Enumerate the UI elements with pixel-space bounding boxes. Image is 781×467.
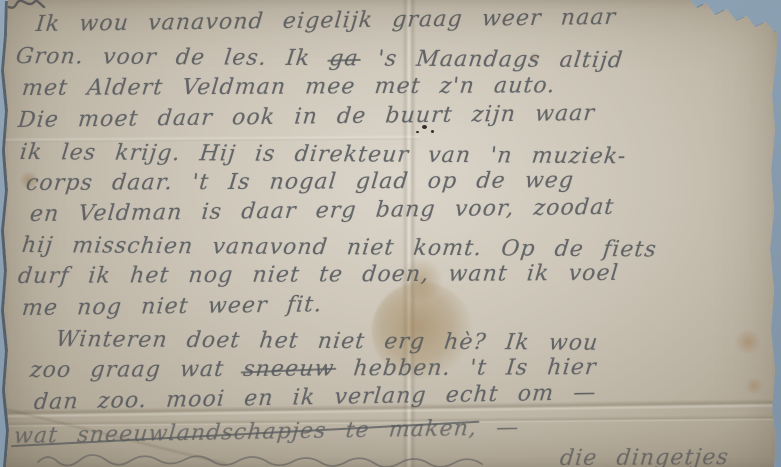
letter-line: Gron. voor de les. Ik ga 's Maandags alt… bbox=[15, 44, 625, 73]
line-text: ik les krijg. Hij is direkteur van 'n mu… bbox=[19, 140, 628, 169]
letter-line-partial: die dingetjes bbox=[559, 445, 730, 467]
struck-word: ga bbox=[328, 46, 360, 71]
line-text: die dingetjes bbox=[559, 445, 730, 467]
line-text: Gron. voor de les. Ik bbox=[15, 44, 331, 71]
ink-speck bbox=[416, 131, 419, 133]
line-text: durf ik het nog niet te doen, want ik vo… bbox=[17, 261, 620, 289]
letter-line: en Veldman is daar erg bang voor, zoodat bbox=[29, 195, 616, 227]
stain bbox=[744, 378, 764, 394]
letter-line: ik les krijg. Hij is direkteur van 'n mu… bbox=[19, 140, 628, 169]
line-text: me nog niet weer fit. bbox=[21, 292, 324, 321]
line-text: Winteren doet het niet erg hè? Ik wou bbox=[55, 327, 600, 356]
line-text: Ik wou vanavond eigelijk graag weer naar bbox=[35, 5, 618, 37]
letter-line: met Aldert Veldman mee met z'n auto. bbox=[21, 73, 557, 101]
struck-word: sneeuw bbox=[242, 356, 336, 381]
line-text: en Veldman is daar erg bang voor, zoodat bbox=[29, 195, 616, 227]
line-text: 's Maandags altijd bbox=[357, 46, 624, 73]
letter-line-crossed-out: wat sneeuwlandschapjes te maken, — bbox=[13, 415, 521, 449]
letter-paper: Ik wou vanavond eigelijk graag weer naar… bbox=[0, 0, 781, 467]
margin-dash: — bbox=[476, 415, 520, 441]
line-text: zoo graag wat bbox=[29, 357, 245, 383]
letter-line: zoo graag wat sneeuw hebben. 't Is hier bbox=[29, 355, 598, 383]
line-text: dan zoo. mooi en ik verlang echt om bbox=[33, 381, 555, 415]
letter-line: me nog niet weer fit. bbox=[21, 292, 324, 321]
margin-dash: — bbox=[553, 380, 597, 406]
letter-line: corps daar. 't Is nogal glad op de weg bbox=[25, 168, 576, 196]
stain bbox=[734, 330, 762, 354]
letter-line: hij misschien vanavond niet komt. Op de … bbox=[21, 233, 659, 262]
letter-photo: Ik wou vanavond eigelijk graag weer naar… bbox=[0, 0, 781, 467]
line-text: hij misschien vanavond niet komt. Op de … bbox=[21, 233, 659, 262]
letter-line: Winteren doet het niet erg hè? Ik wou bbox=[55, 327, 600, 356]
letter-line: dan zoo. mooi en ik verlang echt om — bbox=[33, 380, 598, 415]
line-text: Die moet daar ook in de buurt zijn waar bbox=[17, 101, 596, 133]
illegible-cut-off-line bbox=[36, 448, 516, 467]
letter-line: durf ik het nog niet te doen, want ik vo… bbox=[17, 261, 620, 289]
letter-line: Die moet daar ook in de buurt zijn waar bbox=[17, 101, 596, 133]
letter-line: Ik wou vanavond eigelijk graag weer naar bbox=[35, 5, 618, 37]
line-text: corps daar. 't Is nogal glad op de weg bbox=[25, 168, 576, 196]
line-text: met Aldert Veldman mee met z'n auto. bbox=[21, 73, 557, 101]
line-text: hebben. 't Is hier bbox=[333, 355, 598, 381]
ink-speck bbox=[431, 130, 434, 133]
